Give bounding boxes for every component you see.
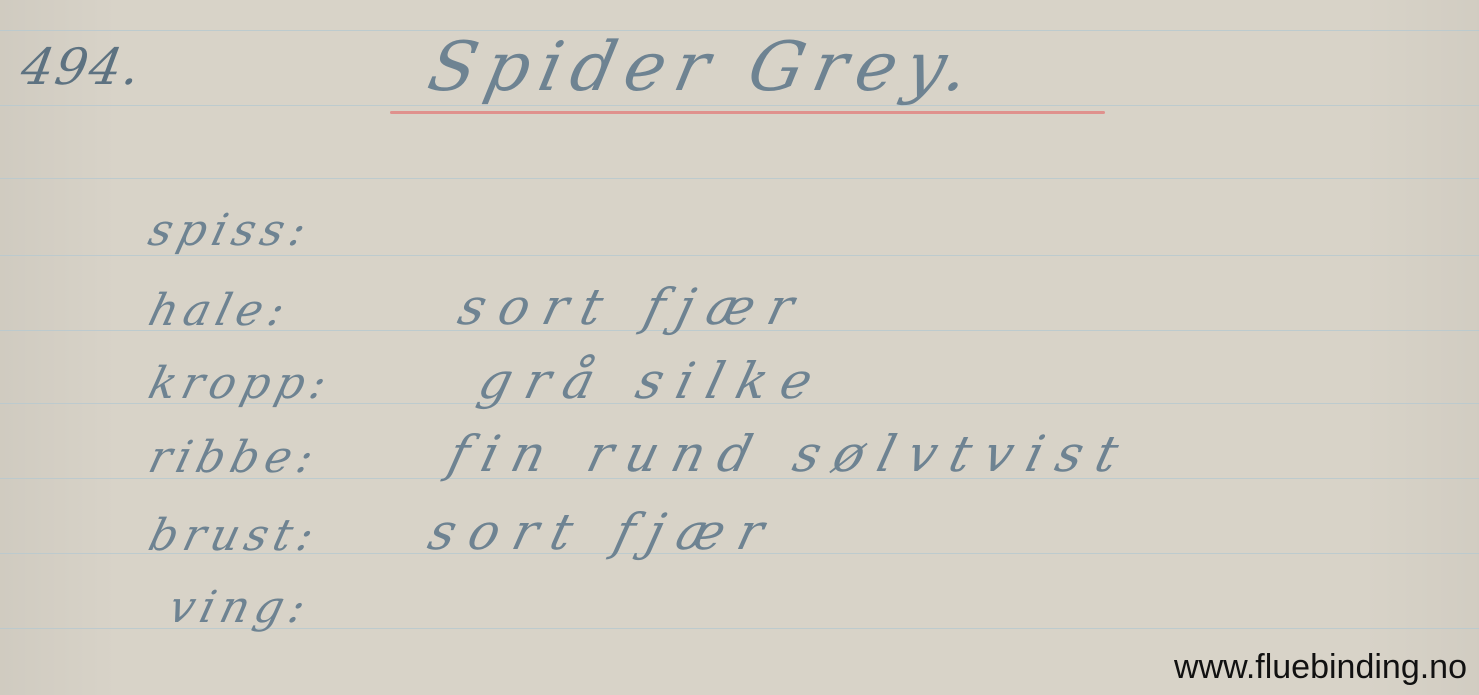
title-underline (390, 111, 1105, 114)
pattern-title: Spider Grey. (422, 28, 987, 107)
recipe-label-kropp: kropp: (144, 358, 338, 409)
notebook-page: 494. Spider Grey. spiss: hale: sort fjær… (0, 0, 1479, 695)
recipe-label-brust: brust: (144, 510, 325, 561)
website-watermark: www.fluebinding.no (1174, 648, 1467, 687)
recipe-label-hale: hale: (144, 285, 296, 336)
entry-number: 494. (17, 38, 147, 96)
recipe-label-ribbe: ribbe: (144, 432, 325, 483)
recipe-value-brust: sort fjær (423, 503, 784, 561)
recipe-label-spiss: spiss: (144, 205, 318, 256)
recipe-value-kropp: grå silke (473, 352, 833, 410)
recipe-value-hale: sort fjær (453, 278, 814, 336)
recipe-label-ving: ving: (164, 582, 317, 633)
recipe-value-ribbe: fin rund sølvtvist (443, 425, 1138, 483)
ruled-line (0, 178, 1479, 179)
